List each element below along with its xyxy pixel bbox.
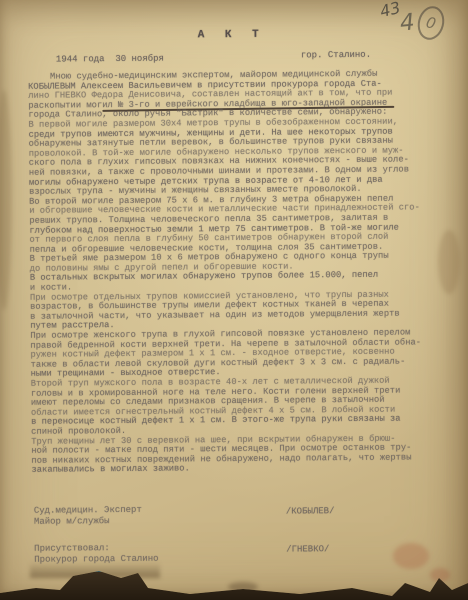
signature-role: Присутствовал:Прокурор города Сталино [34,542,286,566]
document-title: А К Т [0,27,466,43]
signature-block: Суд.медицин. ЭкспертМайор м/службы/КОБЫЛ… [34,502,435,581]
signature-row: Суд.медицин. ЭкспертМайор м/службы/КОБЫЛ… [34,502,434,527]
paper-sheet: 43 4 0 А К Т 1944 года 30 ноября гор. Ст… [0,0,468,600]
scanned-document-photo: 43 4 0 А К Т 1944 года 30 ноября гор. Ст… [0,0,468,600]
document-line: закапывались в могилах заживо. [31,463,445,476]
signature-row: Присутствовал:Прокурор города Сталино/ГН… [34,540,434,565]
document-body: Мною судебно-медицинским экспертом, майо… [28,69,446,476]
signature-role: Суд.медицин. ЭкспертМайор м/службы [34,504,286,528]
signature-name: /ГНЕВКО/ [286,541,329,563]
document-date: 1944 года 30 ноября [56,54,164,65]
document-place: гор. Сталино. [301,50,371,61]
typewritten-document: А К Т 1944 года 30 ноября гор. Сталино. … [0,0,468,600]
signature-name: /КОБЫЛЕВ/ [286,503,335,525]
